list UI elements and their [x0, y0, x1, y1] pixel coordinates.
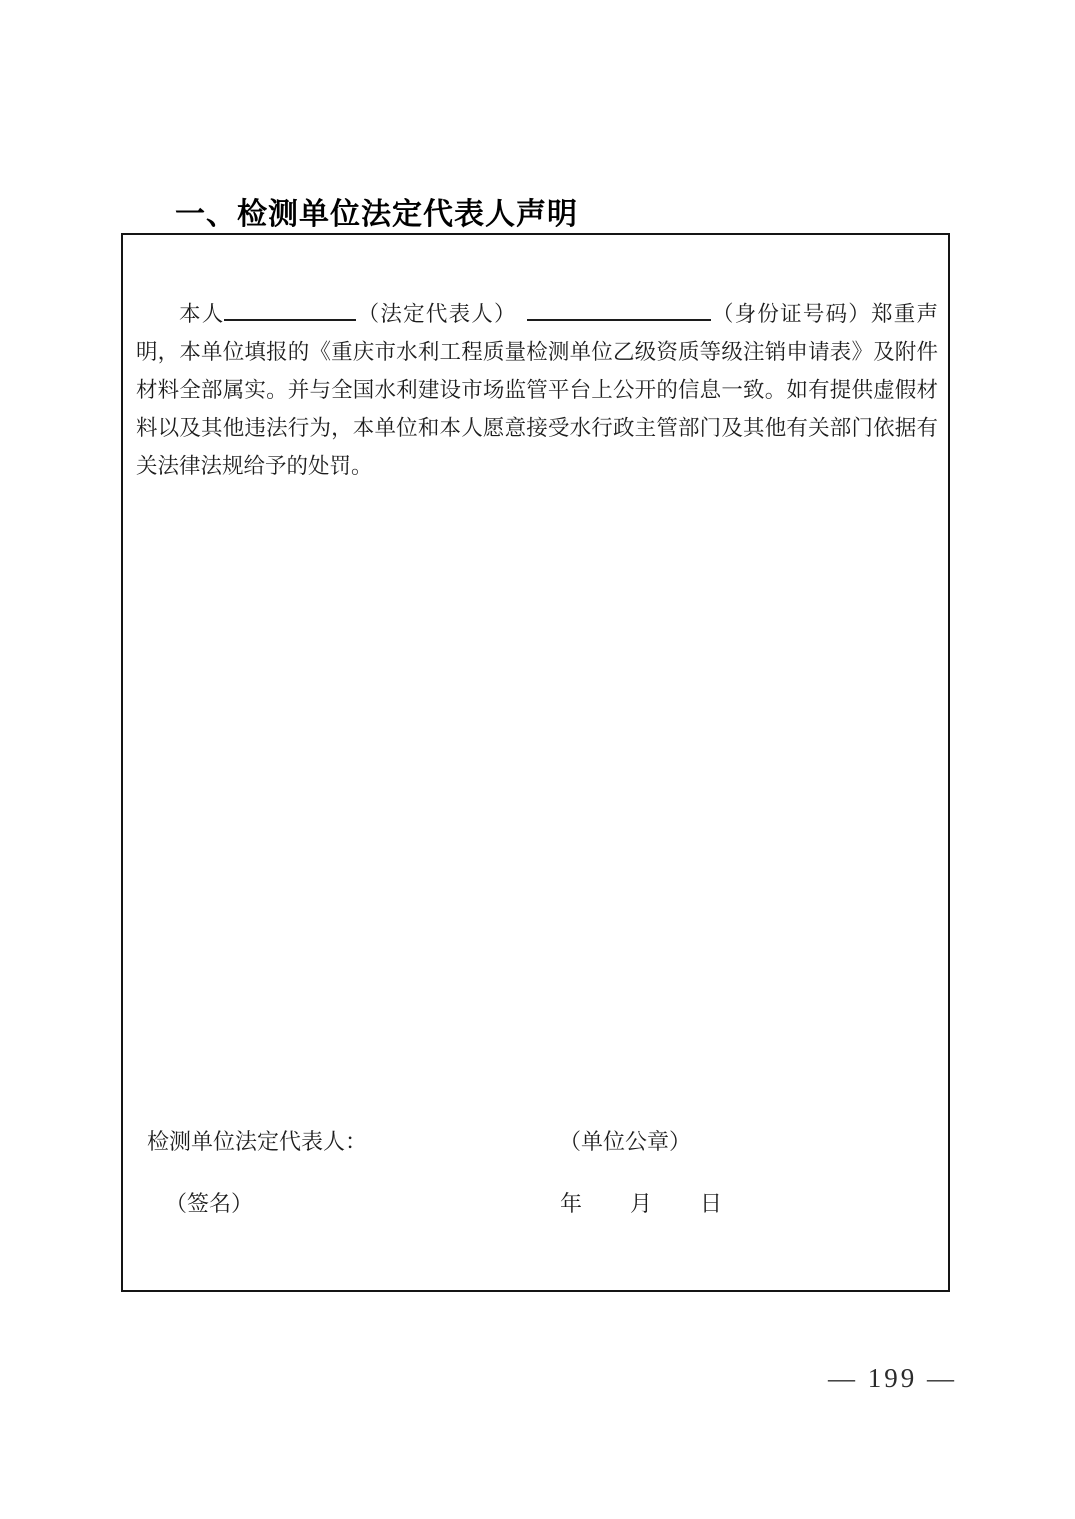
date-day-label: 日 [700, 1191, 722, 1216]
declaration-body-text: 郑重声明，本单位填报的《重庆市水利工程质量检测单位乙级资质等级注销申请表》及附件… [136, 302, 938, 478]
page-number: — 199 — [828, 1363, 957, 1394]
declaration-box: 本人（法定代表人）（身份证号码）郑重声明，本单位填报的《重庆市水利工程质量检测单… [121, 233, 950, 1292]
page-title: 一、检测单位法定代表人声明 [175, 189, 578, 233]
declaration-opening-text: 本人 [179, 302, 224, 326]
legal-rep-label: （法定代表人） [356, 302, 516, 326]
legal-rep-name-blank [224, 299, 356, 321]
signature-name-label: （签名） [165, 1187, 253, 1218]
date-year-label: 年 [560, 1191, 582, 1216]
date-month-label: 月 [630, 1191, 652, 1216]
date-line: 年月日 [560, 1187, 722, 1218]
legal-rep-signature-label: 检测单位法定代表人： [147, 1125, 367, 1156]
declaration-paragraph: 本人（法定代表人）（身份证号码）郑重声明，本单位填报的《重庆市水利工程质量检测单… [136, 295, 938, 485]
id-number-label: （身份证号码） [711, 302, 871, 326]
document-page: 一、检测单位法定代表人声明 本人（法定代表人）（身份证号码）郑重声明，本单位填报… [0, 0, 1075, 1519]
company-seal-label: （单位公章） [559, 1125, 691, 1156]
id-number-blank [527, 299, 711, 321]
